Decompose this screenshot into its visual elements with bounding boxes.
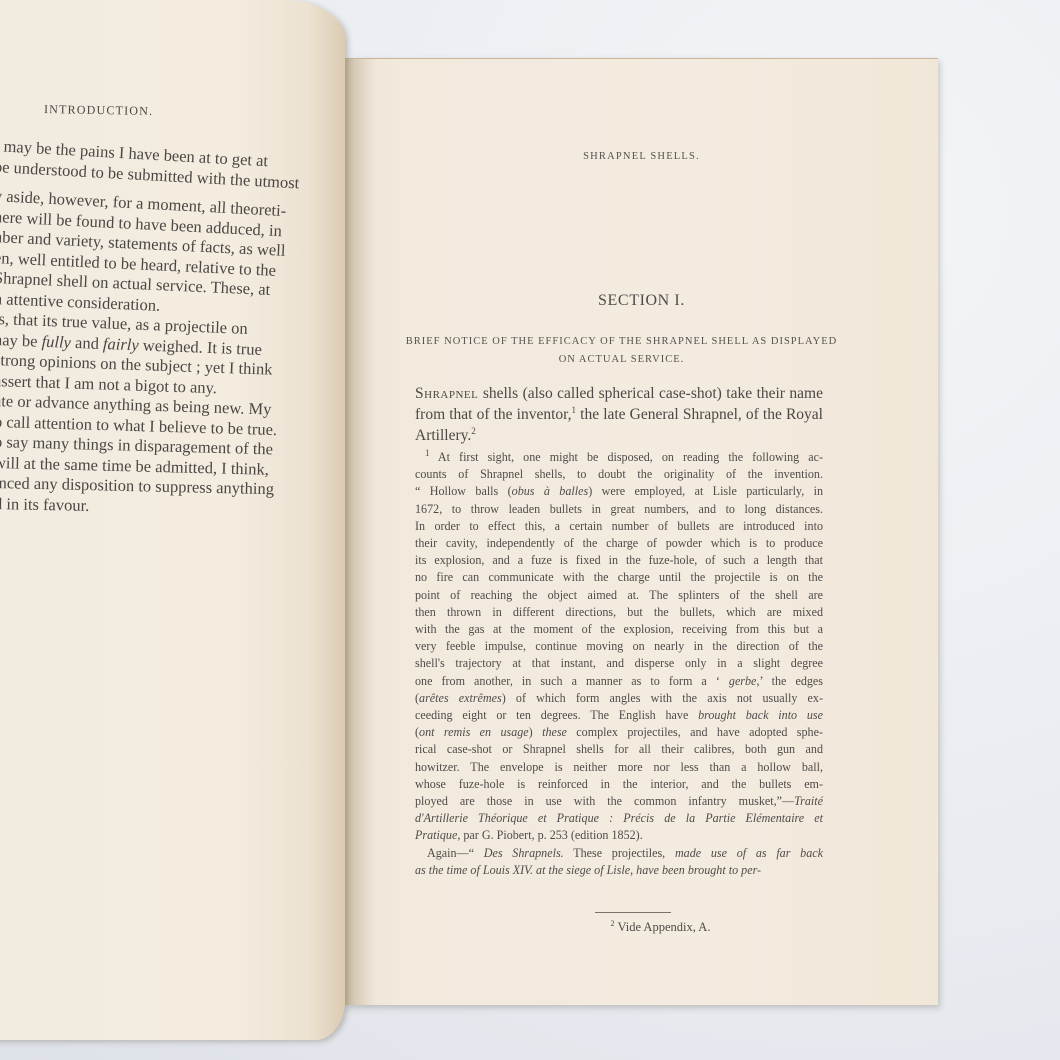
footnote-line: one from another, in such a manner as to… <box>415 673 823 690</box>
footnote-line: (ont remis en usage) these complex proje… <box>415 724 823 741</box>
footnote-line: In order to effect this, a certain numbe… <box>415 518 823 535</box>
footnote-line: whose fuze-hole is reinforced in the int… <box>415 776 823 793</box>
footnote-line: with the gas at the moment of the explos… <box>415 621 823 638</box>
footnote-line: shell's trajectory at that instant, and … <box>415 655 823 672</box>
footnote-line: “ Hollow balls (obus à balles) were empl… <box>415 483 823 500</box>
footnote-line: its explosion, and a fuze is fixed in th… <box>415 552 823 569</box>
footnote-2: 2 Vide Appendix, A. <box>345 919 938 935</box>
footnote-line: counts of Shrapnel shells, to doubt the … <box>415 466 823 483</box>
section-title: SECTION I. <box>345 292 938 310</box>
left-page: INTRODUCTION. r may be the pains I have … <box>0 0 345 1040</box>
footnote-line: howitzer. The envelope is neither more n… <box>415 759 823 776</box>
footnote-line: ceeding eight or ten degrees. The Englis… <box>415 707 823 724</box>
footnote-line: as the time of Louis XIV. at the siege o… <box>415 862 823 879</box>
footnote-line: 1672, to throw leaden bullets in great n… <box>415 501 823 518</box>
footnote-divider <box>595 912 671 913</box>
running-head-left: INTRODUCTION. <box>44 102 154 119</box>
footnote-line: then thrown in different directions, but… <box>415 604 823 621</box>
footnote-line: their cavity, independently of the charg… <box>415 535 823 552</box>
footnote-line: (arêtes extrêmes) of which form angles w… <box>415 690 823 707</box>
footnote-line: very feeble impulse, continue moving on … <box>415 638 823 655</box>
footnote-line: rical case-shot or Shrapnel shells for a… <box>415 741 823 758</box>
body-paragraph: Shrapnel shells (also called spherical c… <box>415 383 823 446</box>
footnote-line: d'Artillerie Théorique et Pratique : Pré… <box>415 810 823 827</box>
footnote-1: 1 At first sight, one might be disposed,… <box>415 449 823 879</box>
left-page-text: r may be the pains I have been at to get… <box>0 136 314 514</box>
right-page: SHRAPNEL SHELLS. SECTION I. BRIEF NOTICE… <box>345 58 938 1005</box>
footnote-line: Pratique, par G. Piobert, p. 253 (editio… <box>415 827 823 844</box>
footnote-line: no fire can communicate with the charge … <box>415 569 823 586</box>
footnote-line: 1 At first sight, one might be disposed,… <box>415 449 823 466</box>
body-lead-word: Shrapnel <box>415 385 478 402</box>
footnote-line: ployed are those in use with the common … <box>415 793 823 810</box>
section-subtitle: BRIEF NOTICE OF THE EFFICACY OF THE SHRA… <box>405 333 838 369</box>
footnote-line: point of reaching the object aimed at. T… <box>415 587 823 604</box>
footnote-2-text: Vide Appendix, A. <box>615 920 711 934</box>
running-head-right: SHRAPNEL SHELLS. <box>345 151 938 162</box>
footnote-ref-2: 2 <box>471 426 476 436</box>
footnote-line: Again—“ Des Shrapnels. These projectiles… <box>415 845 823 862</box>
